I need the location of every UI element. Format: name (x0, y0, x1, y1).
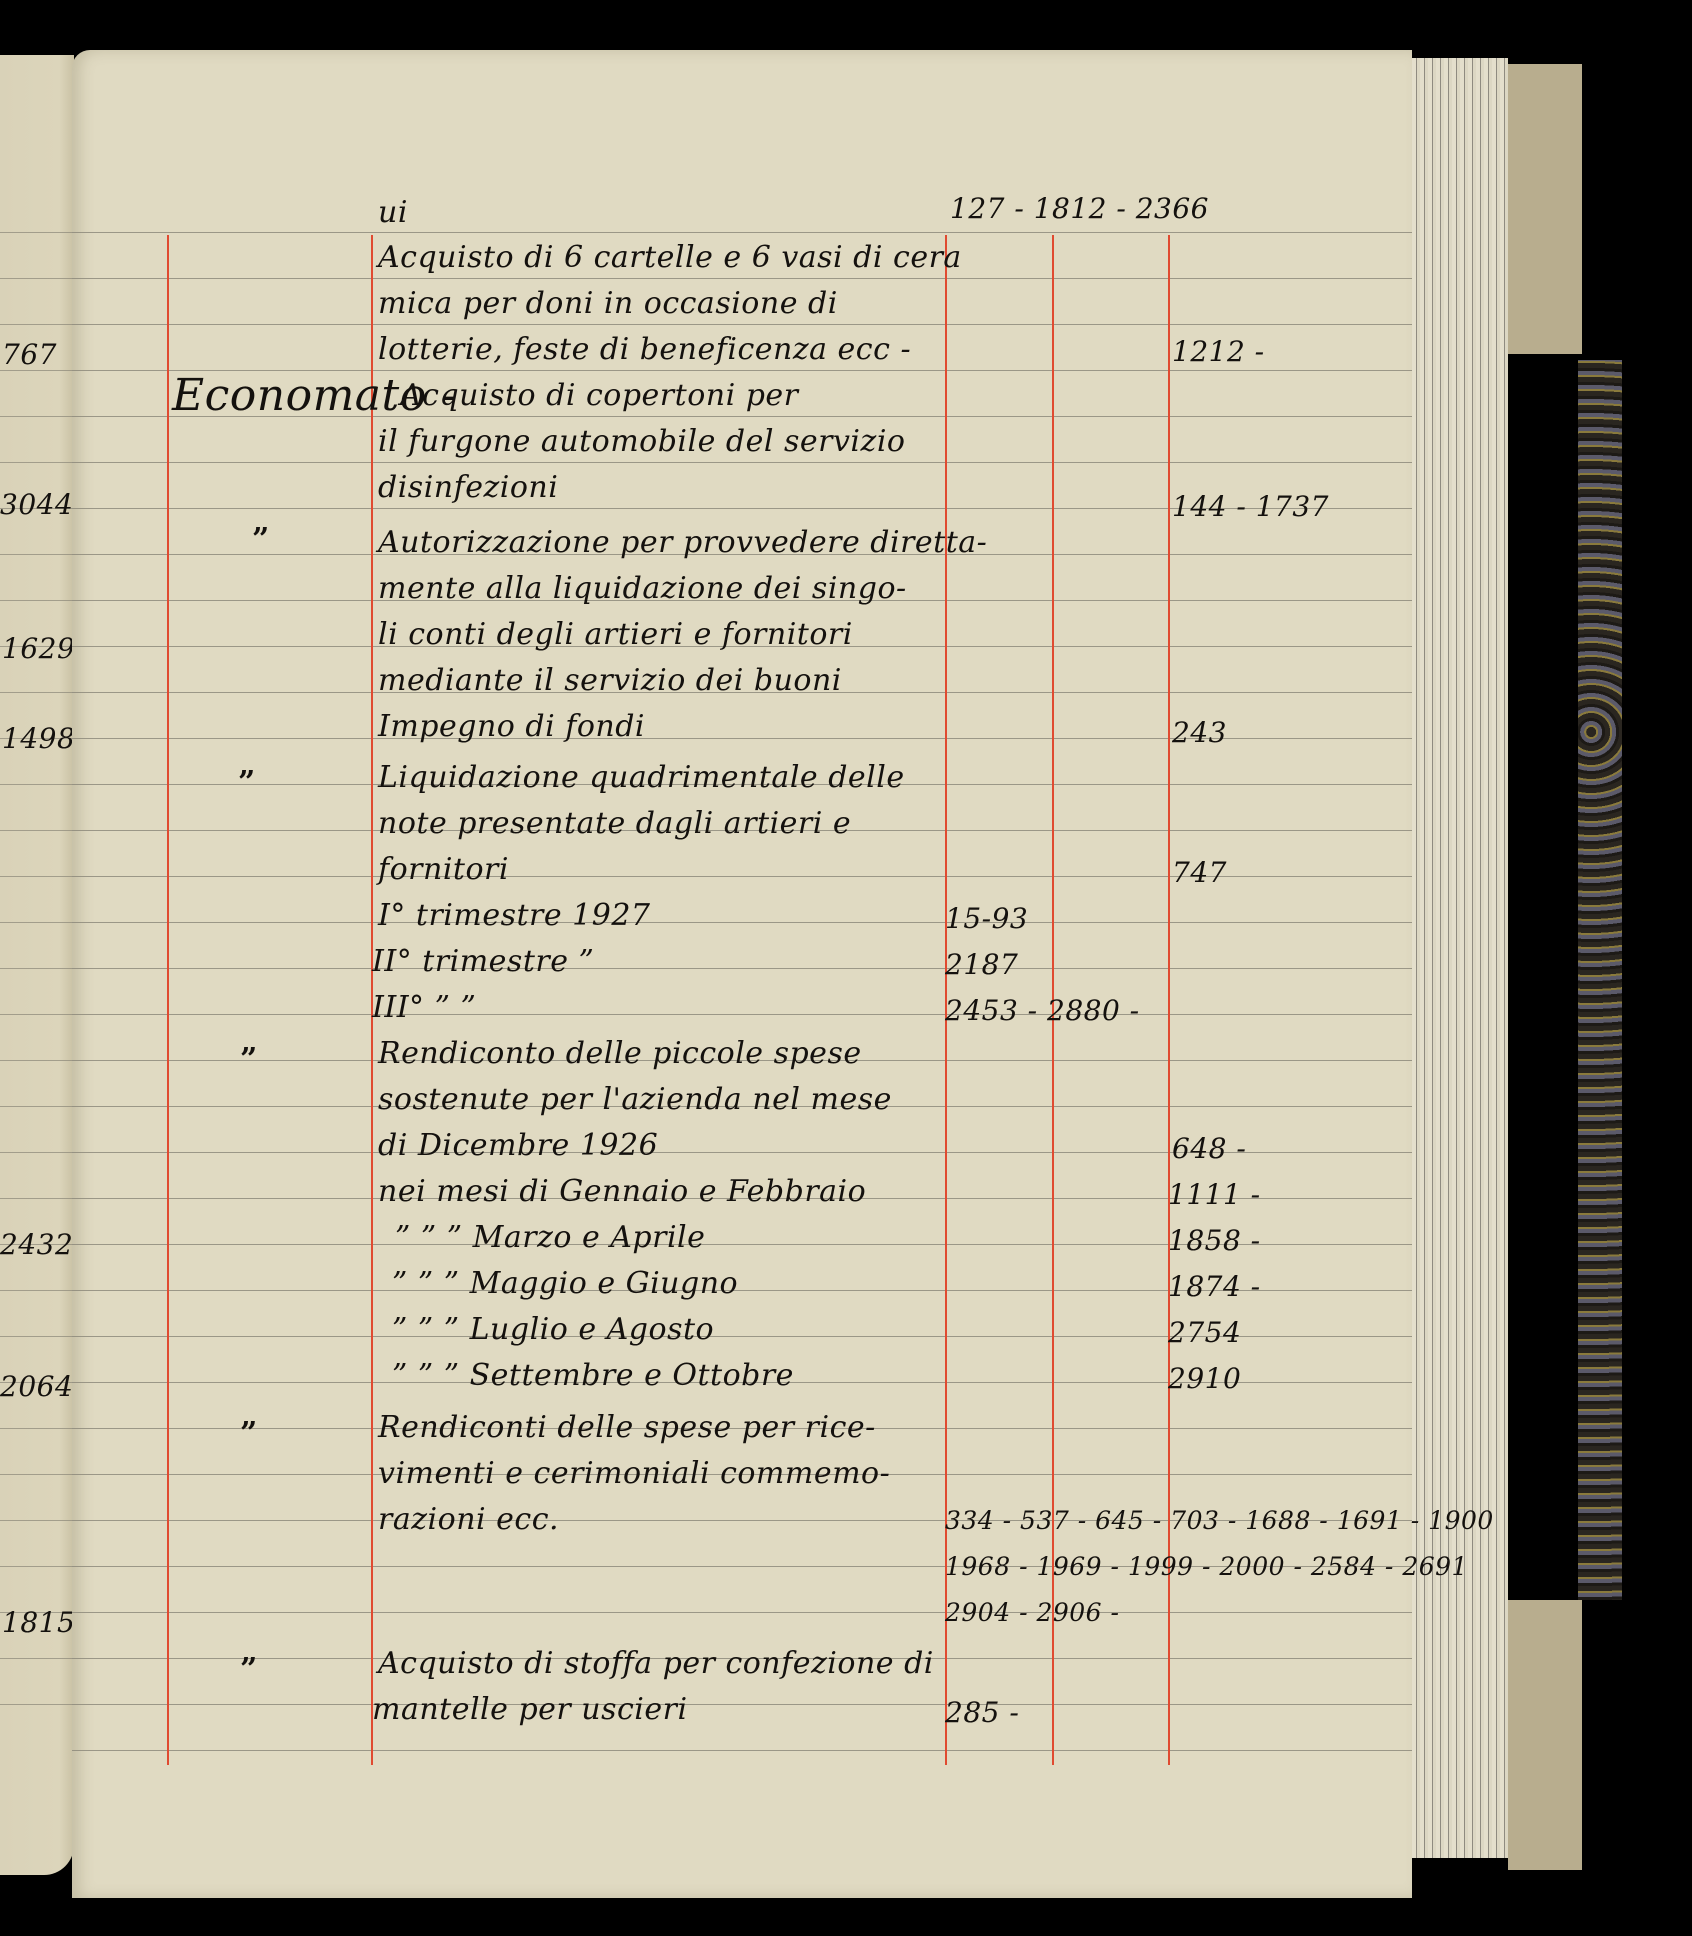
ditto-mark: ” (238, 765, 256, 800)
entry-ref-numbers: 285 - (945, 1696, 1019, 1729)
entry-text: III° ” ” (372, 990, 476, 1025)
entry-text: li conti degli artieri e fornitori (378, 617, 853, 652)
margin-number: 3044 (0, 488, 73, 521)
entry-text: Liquidazione quadrimentale delle (378, 760, 905, 795)
entry-text: mica per doni in occasione di (378, 286, 838, 321)
entry-text: Autorizzazione per provvedere diretta- (378, 525, 987, 560)
ditto-mark: ” (240, 1042, 258, 1077)
entry-text: vimenti e cerimoniali commemo- (378, 1456, 890, 1491)
page-stack-edge (1412, 58, 1508, 1858)
entry-ref-numbers: 127 - 1812 - 2366 (950, 192, 1209, 225)
margin-number: 1498 (2, 722, 75, 755)
book-cover-corner (1508, 1600, 1582, 1870)
entry-amount: 1111 - (1168, 1178, 1261, 1211)
entry-amount: 2910 (1168, 1362, 1241, 1395)
entry-ref-numbers: 15-93 (945, 902, 1028, 935)
entry-text: mente alla liquidazione dei singo- (378, 571, 907, 606)
book-cover-corner (1508, 64, 1582, 354)
entry-text: note presentate dagli artieri e (378, 806, 851, 841)
marbled-cover (1578, 360, 1622, 1600)
entry-text: ” ” ” Settembre e Ottobre (392, 1358, 794, 1393)
ditto-mark: ” (240, 1652, 258, 1687)
ledger-page (72, 50, 1412, 1898)
entry-text: Acquisto di stoffa per confezione di (378, 1646, 934, 1681)
entry-text: il furgone automobile del servizio (378, 424, 905, 459)
entry-ref-numbers: 334 - 537 - 645 - 703 - 1688 - 1691 - 19… (945, 1506, 1494, 1535)
entry-text: ” ” ” Maggio e Giugno (392, 1266, 738, 1301)
entry-amount: 1212 - (1172, 335, 1265, 368)
previous-page-edge (0, 55, 74, 1875)
entry-text: mantelle per uscieri (372, 1692, 688, 1727)
margin-number: 1629 (2, 632, 75, 665)
entry-text: mediante il servizio dei buoni (378, 663, 842, 698)
entry-ref-numbers: 2187 (945, 948, 1018, 981)
entry-ref-numbers: 2453 - 2880 - (945, 994, 1140, 1027)
margin-number: 767 (2, 338, 57, 371)
entry-text: fornitori (378, 852, 509, 887)
margin-number: 2064- (0, 1370, 83, 1403)
red-column-rule (1168, 235, 1170, 1765)
entry-ref-numbers: 2904 - 2906 - (945, 1598, 1119, 1627)
entry-text: ui (378, 195, 408, 230)
entry-text: disinfezioni (378, 470, 558, 505)
entry-text: II° trimestre ” (372, 944, 594, 979)
ditto-mark: ” (252, 522, 270, 557)
entry-amount: 144 - 1737 (1172, 490, 1329, 523)
entry-text: di Dicembre 1926 (378, 1128, 658, 1163)
entry-text: lotterie, feste di beneficenza ecc - (378, 332, 911, 367)
entry-amount: 243 (1172, 716, 1227, 749)
entry-text: Impegno di fondi (378, 709, 645, 744)
entry-amount: 648 - (1172, 1132, 1246, 1165)
entry-amount: 1874 - (1168, 1270, 1261, 1303)
entry-text: ” ” ” Marzo e Aprile (395, 1220, 705, 1255)
entry-amount: 2754 (1168, 1316, 1241, 1349)
entry-text: ” ” ” Luglio e Agosto (392, 1312, 714, 1347)
ditto-mark: ” (240, 1416, 258, 1451)
entry-text: Acquisto di 6 cartelle e 6 vasi di cera (378, 240, 962, 275)
entry-ref-numbers: 1968 - 1969 - 1999 - 2000 - 2584 - 2691 (945, 1552, 1468, 1581)
entry-amount: 747 (1172, 856, 1227, 889)
entry-text: Rendiconti delle spese per rice- (378, 1410, 876, 1445)
red-column-rule (167, 235, 169, 1765)
entry-text: nei mesi di Gennaio e Febbraio (378, 1174, 866, 1209)
margin-number: 2432- (0, 1228, 83, 1261)
entry-text: Acquisto di copertoni per (400, 378, 799, 413)
entry-text: Rendiconto delle piccole spese (378, 1036, 862, 1071)
entry-text: I° trimestre 1927 (378, 898, 651, 933)
entry-text: razioni ecc. (378, 1502, 559, 1537)
entry-amount: 1858 - (1168, 1224, 1261, 1257)
entry-text: sostenute per l'azienda nel mese (378, 1082, 892, 1117)
